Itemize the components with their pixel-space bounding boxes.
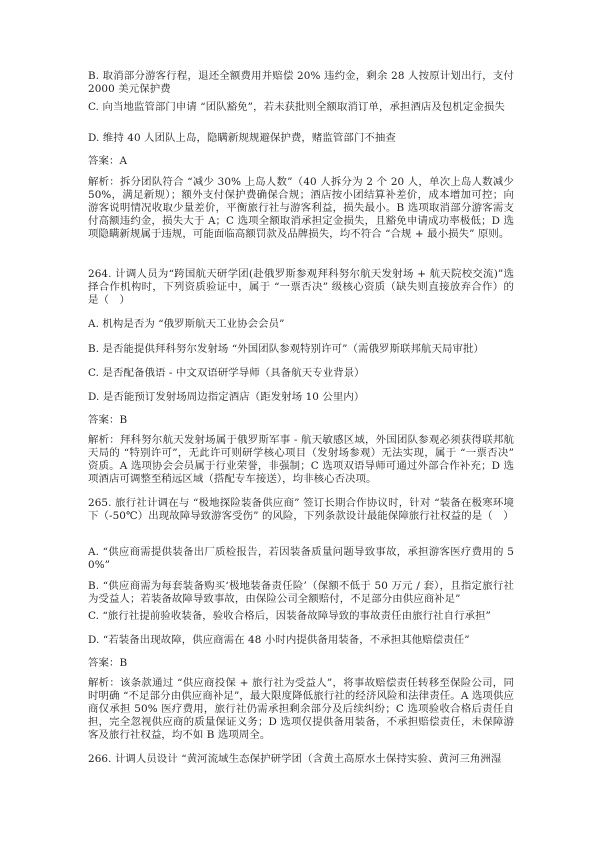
prev-answer: 答案：A	[88, 155, 514, 168]
question-265-option-a: A. “供应商需提供装备出厂质检报告，若因装备质量问题导致事故，承担游客医疗费用…	[88, 546, 514, 572]
question-265-stem: 265. 旅行社计调在与 “极地探险装备供应商” 签订长期合作协议时，针对 “装…	[88, 497, 514, 523]
question-265-option-b: B. “供应商需为每套装备购买‘极地装备责任险’（保额不低于 50 万元 / 套…	[88, 580, 514, 606]
question-264-option-d: D. 是否能预订发射场周边指定酒店（距发射场 10 公里内）	[88, 391, 514, 404]
question-264-analysis: 解析：拜科努尔航天发射场属于俄罗斯军事 - 航天敏感区域，外国团队参观必须获得联…	[88, 434, 514, 486]
question-265-answer: 答案：B	[88, 657, 514, 670]
prev-analysis: 解析：拆分团队符合 “减少 30% 上岛人数”（40 人拆分为 2 个 20 人…	[88, 176, 514, 241]
question-264-option-c: C. 是否配备俄语 - 中文双语研学导师（具备航天专业背景）	[88, 367, 514, 380]
question-264-option-a: A. 机构是否为 “俄罗斯航天工业协会会员”	[88, 318, 514, 331]
prev-option-c: C. 向当地监管部门申请 “团队豁免”，若未获批则全额取消订单，承担酒店及包机定…	[88, 101, 514, 114]
question-265-option-d: D. “若装备出现故障，供应商需在 48 小时内提供备用装备，不承担其他赔偿责任…	[88, 634, 514, 647]
question-264-option-b: B. 是否能提供拜科努尔发射场 “外国团队参观特别许可”（需俄罗斯联邦航天局审批…	[88, 343, 514, 356]
question-264-stem: 264. 计调人员为“跨国航天研学团(赴俄罗斯参观拜科努尔航天发射场 + 航天院…	[88, 268, 514, 307]
prev-option-d: D. 维持 40 人团队上岛，隐瞒新规规避保护费，赌监管部门不抽查	[88, 132, 514, 145]
question-265-analysis: 解析：该条款通过 “供应商投保 + 旅行社为受益人”，将事故赔偿责任转移至保险公…	[88, 677, 514, 742]
prev-option-b: B. 取消部分游客行程，退还全额费用并赔偿 20% 违约金，剩余 28 人按原计…	[88, 70, 514, 96]
question-266-stem: 266. 计调人员设计 “黄河流域生态保护研学团（含黄土高原水土保持实验、黄河三…	[88, 753, 514, 766]
question-264-answer: 答案：B	[88, 414, 514, 427]
question-265-option-c: C. “旅行社提前验收装备，验收合格后，因装备故障导致的事故责任由旅行社自行承担…	[88, 610, 514, 623]
